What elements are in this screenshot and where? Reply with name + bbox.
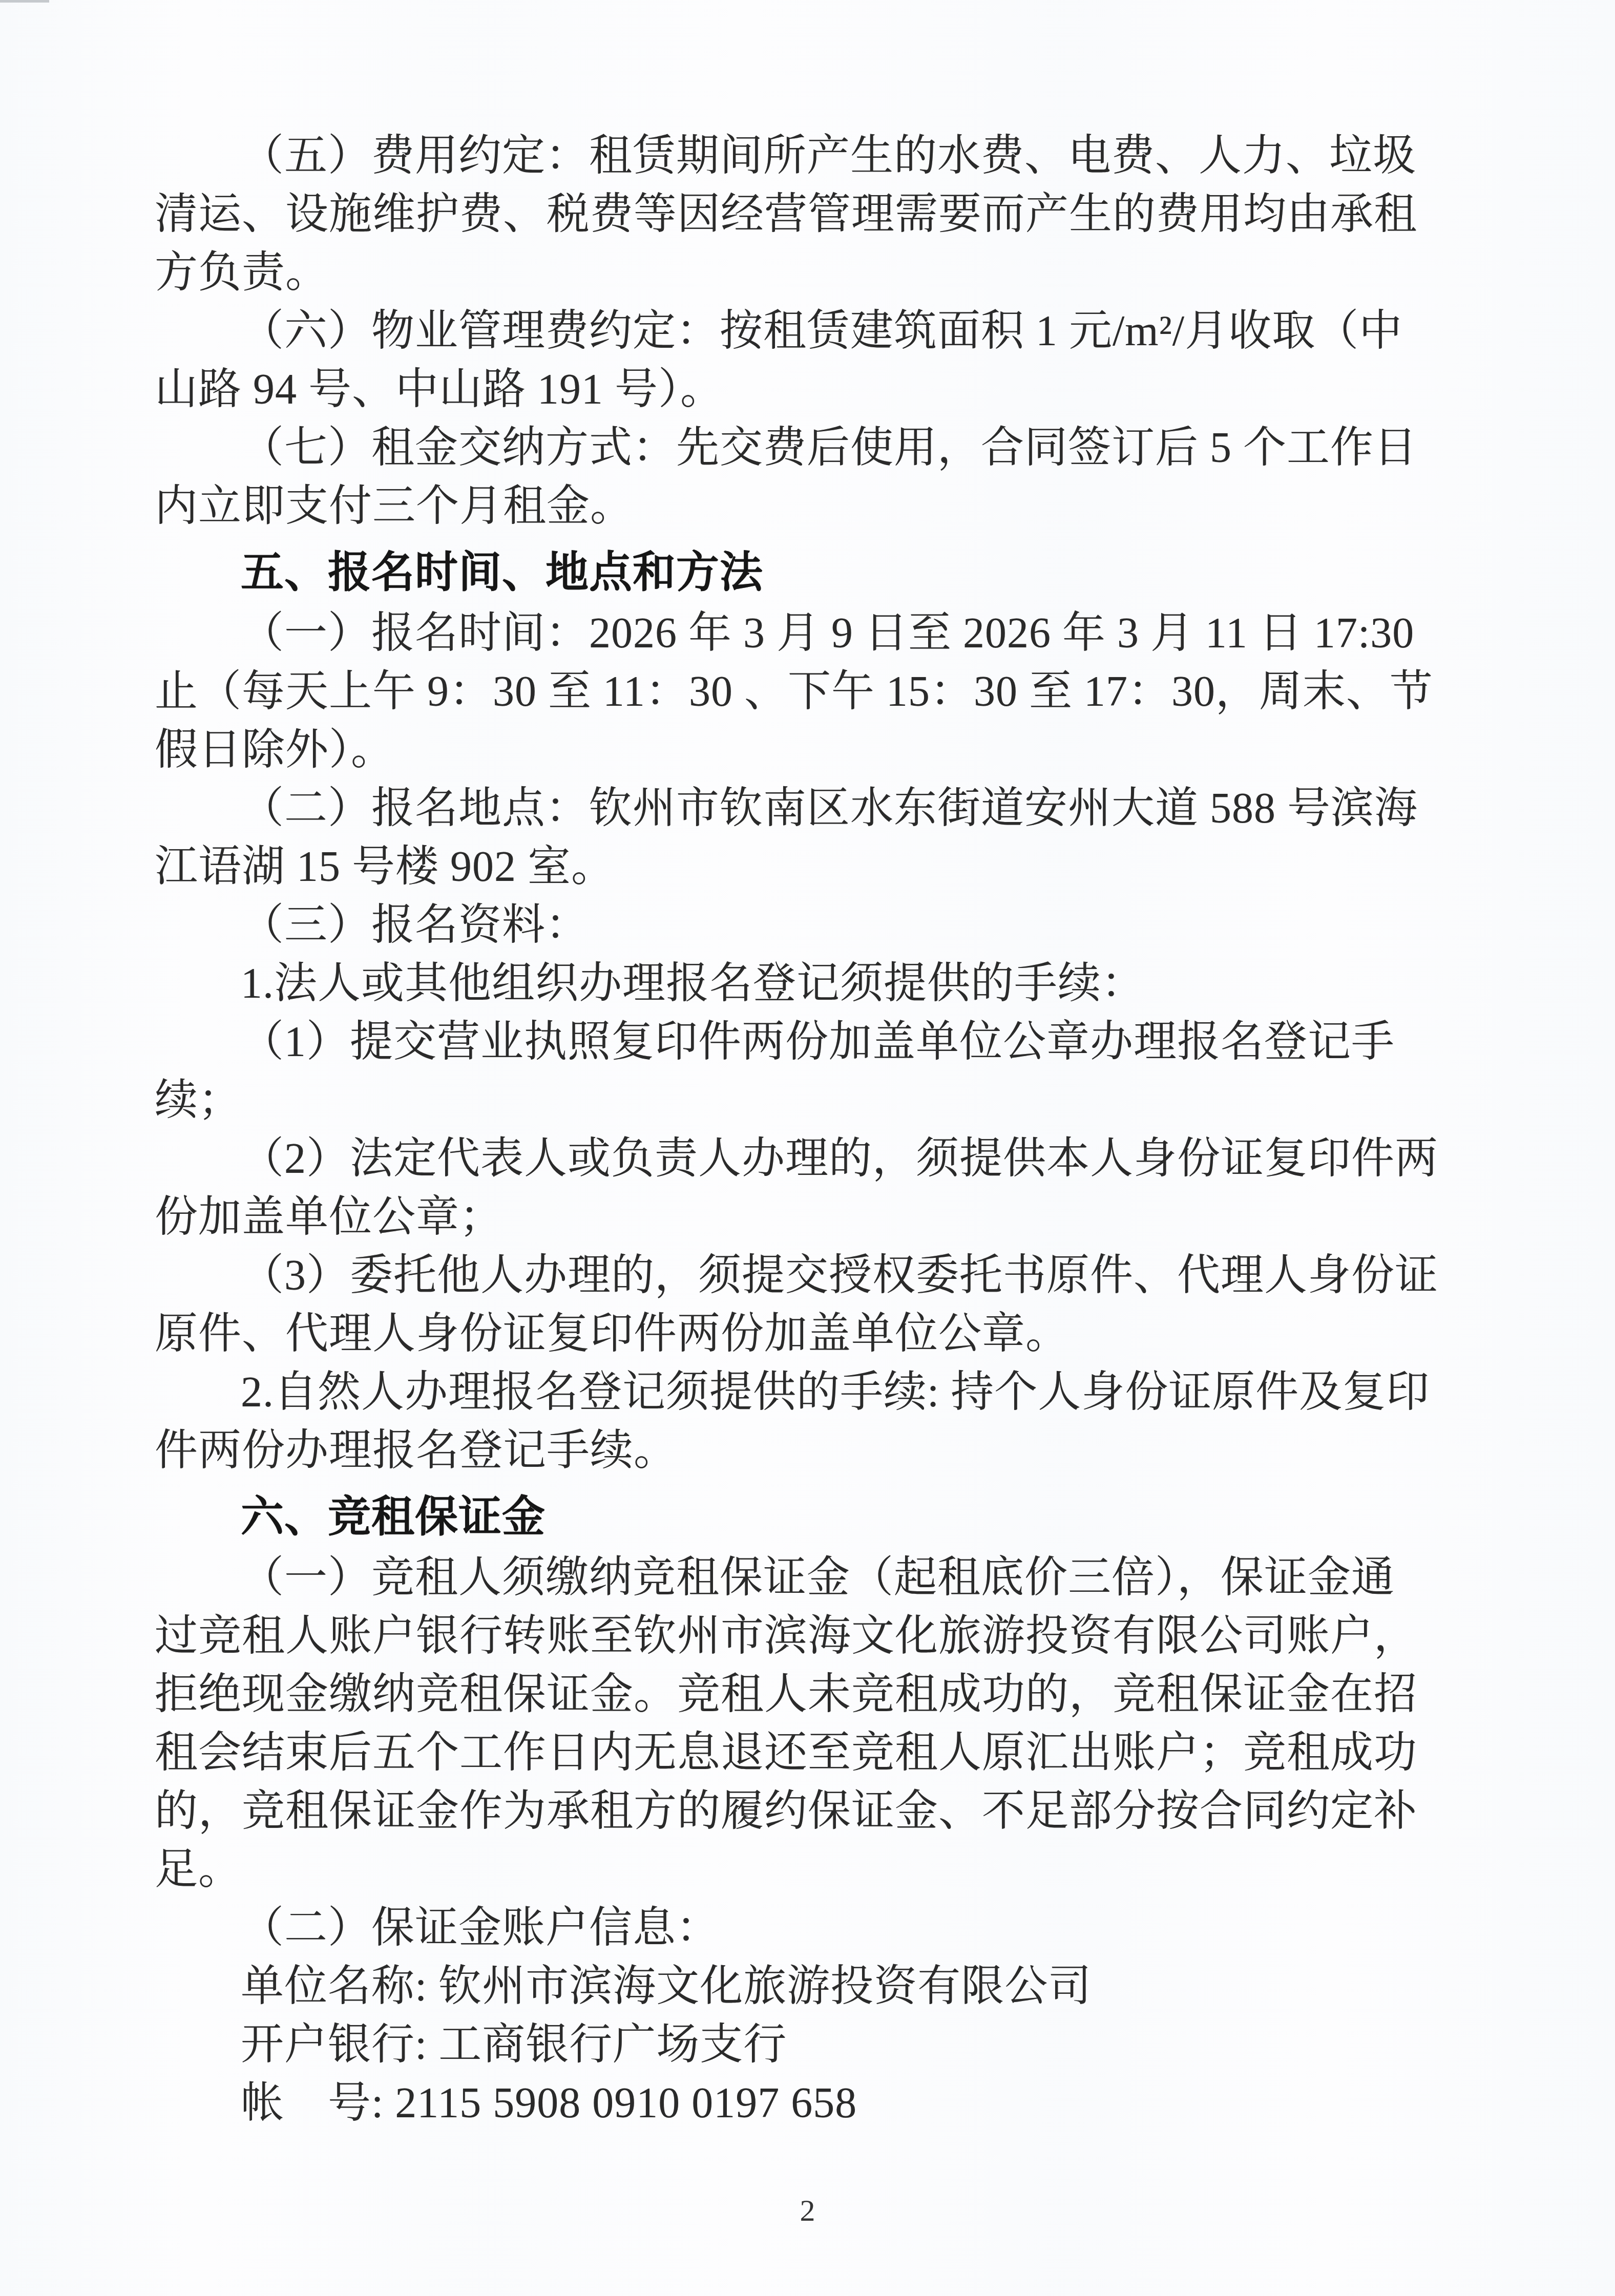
document-body: （五）费用约定：租赁期间所产生的水费、电费、人力、垃圾清运、设施维护费、税费等因… (155, 127, 1479, 2133)
text-line: 续； (155, 1071, 1479, 1130)
text-line: （2）法定代表人或负责人办理的，须提供本人身份证复印件两 (155, 1130, 1479, 1188)
section-heading: 五、报名时间、地点和方法 (155, 544, 1479, 602)
text-line: 山路 94 号、中山路 191 号）。 (155, 361, 1479, 419)
section-heading: 六、竞租保证金 (155, 1488, 1479, 1547)
text-line: （3）委托他人办理的，须提交授权委托书原件、代理人身份证 (155, 1247, 1479, 1305)
text-line: 帐 号: 2115 5908 0910 0197 658 (155, 2074, 1479, 2133)
text-line: 的，竞租保证金作为承租方的履约保证金、不足部分按合同约定补 (155, 1782, 1479, 1841)
text-line: （七）租金交纳方式：先交费后使用，合同签订后 5 个工作日 (155, 419, 1479, 477)
text-line: （1）提交营业执照复印件两份加盖单位公章办理报名登记手 (155, 1013, 1479, 1071)
text-line: 方负责。 (155, 244, 1479, 302)
text-line: （五）费用约定：租赁期间所产生的水费、电费、人力、垃圾 (155, 127, 1479, 185)
text-line: （三）报名资料： (155, 896, 1479, 955)
text-line: 单位名称: 钦州市滨海文化旅游投资有限公司 (155, 1957, 1479, 2016)
text-line: 1.法人或其他组织办理报名登记须提供的手续： (155, 955, 1479, 1013)
text-line: 清运、设施维护费、税费等因经营管理需要而产生的费用均由承租 (155, 185, 1479, 244)
text-line: 2.自然人办理报名登记须提供的手续: 持个人身份证原件及复印 (155, 1363, 1479, 1422)
text-line: 拒绝现金缴纳竞租保证金。竞租人未竞租成功的，竞租保证金在招 (155, 1666, 1479, 1724)
scan-edge-artifact (0, 0, 49, 3)
text-line: 止（每天上午 9：30 至 11：30 、下午 15：30 至 17：30，周末… (155, 663, 1479, 721)
text-line: （二）保证金账户信息： (155, 1899, 1479, 1957)
text-line: 份加盖单位公章； (155, 1188, 1479, 1247)
text-line: （一）竞租人须缴纳竞租保证金（起租底价三倍），保证金通 (155, 1549, 1479, 1607)
text-line: 江语湖 15 号楼 902 室。 (155, 838, 1479, 896)
text-line: （六）物业管理费约定：按租赁建筑面积 1 元/m²/月收取（中 (155, 302, 1479, 361)
text-line: 足。 (155, 1841, 1479, 1899)
text-line: 内立即支付三个月租金。 (155, 477, 1479, 536)
page-number: 2 (0, 2193, 1615, 2228)
text-line: 原件、代理人身份证复印件两份加盖单位公章。 (155, 1305, 1479, 1363)
text-line: （一）报名时间：2026 年 3 月 9 日至 2026 年 3 月 11 日 … (155, 604, 1479, 663)
text-line: （二）报名地点：钦州市钦南区水东街道安州大道 588 号滨海 (155, 780, 1479, 838)
text-line: 租会结束后五个工作日内无息退还至竞租人原汇出账户；竞租成功 (155, 1724, 1479, 1782)
text-line: 开户银行: 工商银行广场支行 (155, 2016, 1479, 2074)
text-line: 过竞租人账户银行转账至钦州市滨海文化旅游投资有限公司账户， (155, 1607, 1479, 1666)
text-line: 件两份办理报名登记手续。 (155, 1422, 1479, 1480)
scanned-page: （五）费用约定：租赁期间所产生的水费、电费、人力、垃圾清运、设施维护费、税费等因… (0, 0, 1615, 2296)
text-line: 假日除外）。 (155, 721, 1479, 780)
